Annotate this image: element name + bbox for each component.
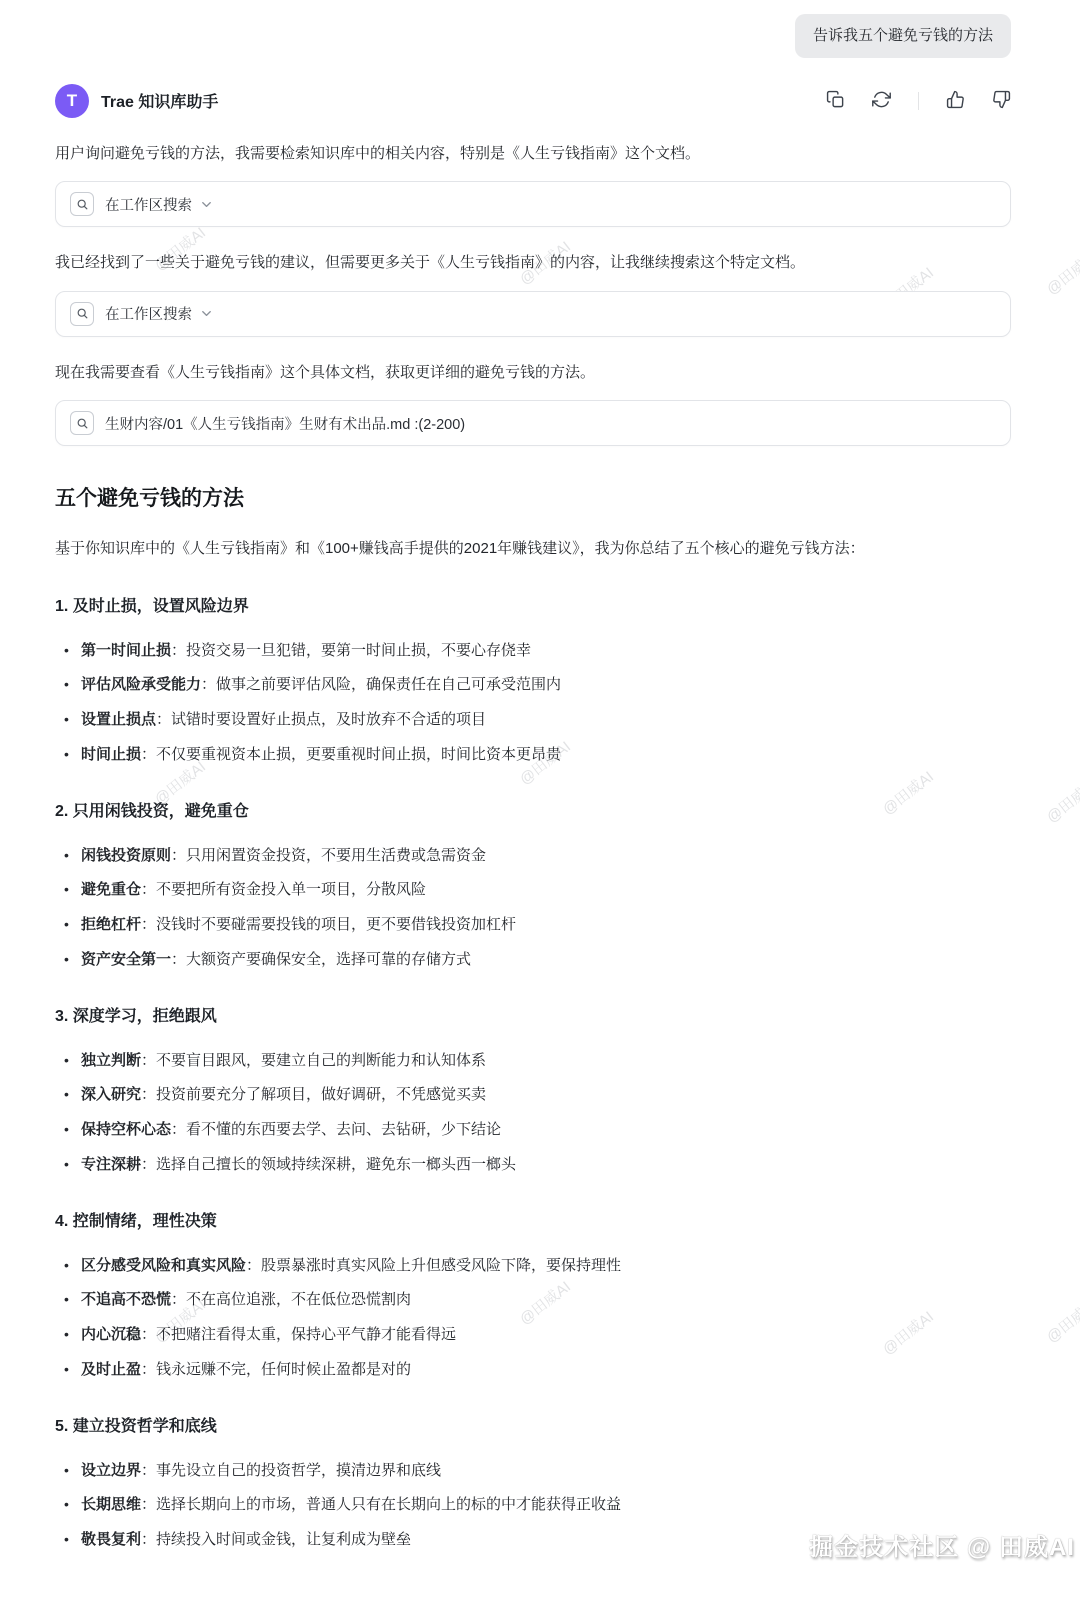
tool-call-box[interactable]: 在工作区搜索 — [55, 291, 1011, 337]
copy-icon — [826, 90, 845, 112]
bullet-separator: ： — [141, 1531, 156, 1548]
bullet-desc: 大额资产要确保安全，选择可靠的存储方式 — [186, 951, 471, 968]
thinking-text: 我已经找到了一些关于避免亏钱的建议，但需要更多关于《人生亏钱指南》的内容，让我继… — [55, 252, 1011, 275]
diagonal-watermark: @田威AI — [1042, 1294, 1080, 1347]
list-item: 长期思维：选择长期向上的市场，普通人只有在长期向上的标的中才能获得正收益 — [63, 1494, 1011, 1516]
assistant-header: T Trae 知识库助手 — [55, 84, 1011, 118]
bullet-desc: 投资交易一旦犯错，要第一时间止损，不要心存侥幸 — [186, 642, 531, 659]
bullet-separator: ： — [171, 642, 186, 659]
answer-section: 3. 深度学习，拒绝跟风 独立判断：不要盲目跟风，要建立自己的判断能力和认知体系… — [55, 1003, 1011, 1176]
bullet-desc: 只用闲置资金投资，不要用生活费或急需资金 — [186, 847, 486, 864]
bullet-desc: 看不懂的东西要去学、去问、去钻研，少下结论 — [186, 1121, 501, 1138]
tool-label: 在工作区搜索 — [105, 194, 192, 215]
bullet-desc: 事先设立自己的投资哲学，摸清边界和底线 — [156, 1462, 441, 1479]
bullet-desc: 选择自己擅长的领域持续深耕，避免东一榔头西一榔头 — [156, 1156, 516, 1173]
bullet-separator: ： — [141, 1086, 156, 1103]
list-item: 区分感受风险和真实风险：股票暴涨时真实风险上升但感受风险下降，要保持理性 — [63, 1255, 1011, 1277]
bullet-term: 资产安全第一 — [81, 951, 171, 968]
bullet-term: 区分感受风险和真实风险 — [81, 1257, 246, 1274]
bullet-desc: 钱永远赚不完，任何时候止盈都是对的 — [156, 1361, 411, 1378]
answer-title: 五个避免亏钱的方法 — [55, 482, 1011, 512]
section-list: 区分感受风险和真实风险：股票暴涨时真实风险上升但感受风险下降，要保持理性 不追高… — [55, 1255, 1011, 1381]
bullet-separator: ： — [141, 1496, 156, 1513]
list-item: 拒绝杠杆：没钱时不要碰需要投钱的项目，更不要借钱投资加杠杆 — [63, 914, 1011, 936]
list-item: 专注深耕：选择自己擅长的领域持续深耕，避免东一榔头西一榔头 — [63, 1154, 1011, 1176]
bullet-separator: ： — [141, 881, 156, 898]
bullet-term: 设立边界 — [81, 1462, 141, 1479]
bullet-term: 长期思维 — [81, 1496, 141, 1513]
list-item: 独立判断：不要盲目跟风，要建立自己的判断能力和认知体系 — [63, 1050, 1011, 1072]
tool-label: 生财内容/01《人生亏钱指南》生财有术出品.md :(2-200) — [105, 413, 465, 434]
list-item: 敬畏复利：持续投入时间或金钱，让复利成为壁垒 — [63, 1529, 1011, 1551]
bullet-desc: 做事之前要评估风险，确保责任在自己可承受范围内 — [216, 676, 561, 693]
bullet-desc: 不要把所有资金投入单一项目，分散风险 — [156, 881, 426, 898]
regenerate-button[interactable] — [872, 90, 891, 112]
bullet-term: 不追高不恐慌 — [81, 1291, 171, 1308]
bullet-separator: ： — [141, 1156, 156, 1173]
bullet-desc: 选择长期向上的市场，普通人只有在长期向上的标的中才能获得正收益 — [156, 1496, 621, 1513]
bullet-separator: ： — [141, 746, 156, 763]
bullet-desc: 不在高位追涨，不在低位恐慌割肉 — [186, 1291, 411, 1308]
chevron-down-icon — [199, 306, 214, 321]
section-heading: 2. 只用闲钱投资，避免重仓 — [55, 798, 1011, 821]
toolbar-divider — [918, 92, 919, 110]
tool-call-box[interactable]: 生财内容/01《人生亏钱指南》生财有术出品.md :(2-200) — [55, 400, 1011, 446]
bullet-desc: 投资前要充分了解项目，做好调研，不凭感觉买卖 — [156, 1086, 486, 1103]
bullet-separator: ： — [201, 676, 216, 693]
bullet-term: 独立判断 — [81, 1052, 141, 1069]
section-list: 设立边界：事先设立自己的投资哲学，摸清边界和底线 长期思维：选择长期向上的市场，… — [55, 1460, 1011, 1551]
diagonal-watermark: @田威AI — [1042, 774, 1080, 827]
search-icon — [70, 192, 94, 216]
bullet-desc: 不把赌注看得太重，保持心平气静才能看得远 — [156, 1326, 456, 1343]
bullet-desc: 股票暴涨时真实风险上升但感受风险下降，要保持理性 — [261, 1257, 621, 1274]
bullet-separator: ： — [141, 916, 156, 933]
message-toolbar — [826, 90, 1011, 112]
section-heading: 4. 控制情绪，理性决策 — [55, 1208, 1011, 1231]
section-heading: 5. 建立投资哲学和底线 — [55, 1413, 1011, 1436]
thinking-text: 用户询问避免亏钱的方法，我需要检索知识库中的相关内容，特别是《人生亏钱指南》这个… — [55, 143, 1011, 166]
bullet-term: 及时止盈 — [81, 1361, 141, 1378]
thinking-steps: 用户询问避免亏钱的方法，我需要检索知识库中的相关内容，特别是《人生亏钱指南》这个… — [55, 143, 1011, 447]
thinking-step: 我已经找到了一些关于避免亏钱的建议，但需要更多关于《人生亏钱指南》的内容，让我继… — [55, 252, 1011, 337]
bullet-term: 闲钱投资原则 — [81, 847, 171, 864]
bullet-separator: ： — [141, 1462, 156, 1479]
thumbs-down-icon — [992, 90, 1011, 112]
thinking-step: 用户询问避免亏钱的方法，我需要检索知识库中的相关内容，特别是《人生亏钱指南》这个… — [55, 143, 1011, 228]
section-heading: 1. 及时止损，设置风险边界 — [55, 593, 1011, 616]
bullet-term: 设置止损点 — [81, 711, 156, 728]
refresh-icon — [872, 90, 891, 112]
list-item: 及时止盈：钱永远赚不完，任何时候止盈都是对的 — [63, 1359, 1011, 1381]
bullet-separator: ： — [246, 1257, 261, 1274]
bullet-term: 专注深耕 — [81, 1156, 141, 1173]
answer-body: 五个避免亏钱的方法 基于你知识库中的《人生亏钱指南》和《100+赚钱高手提供的2… — [55, 482, 1011, 1551]
bullet-term: 拒绝杠杆 — [81, 916, 141, 933]
bullet-term: 敬畏复利 — [81, 1531, 141, 1548]
assistant-name: Trae 知识库助手 — [101, 89, 218, 112]
bullet-separator: ： — [141, 1326, 156, 1343]
list-item: 不追高不恐慌：不在高位追涨，不在低位恐慌割肉 — [63, 1289, 1011, 1311]
assistant-avatar: T — [55, 84, 89, 118]
bullet-desc: 不要盲目跟风，要建立自己的判断能力和认知体系 — [156, 1052, 486, 1069]
answer-section: 4. 控制情绪，理性决策 区分感受风险和真实风险：股票暴涨时真实风险上升但感受风… — [55, 1208, 1011, 1381]
bullet-separator: ： — [171, 1291, 186, 1308]
chevron-down-icon — [199, 197, 214, 212]
list-item: 避免重仓：不要把所有资金投入单一项目，分散风险 — [63, 879, 1011, 901]
answer-section: 2. 只用闲钱投资，避免重仓 闲钱投资原则：只用闲置资金投资，不要用生活费或急需… — [55, 798, 1011, 971]
section-list: 独立判断：不要盲目跟风，要建立自己的判断能力和认知体系 深入研究：投资前要充分了… — [55, 1050, 1011, 1176]
thumbs-up-icon — [946, 90, 965, 112]
copy-button[interactable] — [826, 90, 845, 112]
list-item: 评估风险承受能力：做事之前要评估风险，确保责任在自己可承受范围内 — [63, 674, 1011, 696]
answer-section: 1. 及时止损，设置风险边界 第一时间止损：投资交易一旦犯错，要第一时间止损，不… — [55, 593, 1011, 766]
section-list: 闲钱投资原则：只用闲置资金投资，不要用生活费或急需资金 避免重仓：不要把所有资金… — [55, 845, 1011, 971]
user-message-row: 告诉我五个避免亏钱的方法 — [55, 0, 1011, 58]
bullet-term: 保持空杯心态 — [81, 1121, 171, 1138]
section-heading: 3. 深度学习，拒绝跟风 — [55, 1003, 1011, 1026]
list-item: 第一时间止损：投资交易一旦犯错，要第一时间止损，不要心存侥幸 — [63, 640, 1011, 662]
answer-sections: 1. 及时止损，设置风险边界 第一时间止损：投资交易一旦犯错，要第一时间止损，不… — [55, 593, 1011, 1551]
thumbs-up-button[interactable] — [946, 90, 965, 112]
bullet-separator: ： — [171, 1121, 186, 1138]
chat-page: @田威AI@田威AI@田威AI@田威AI@田威AI@田威AI@田威AI@田威AI… — [0, 0, 1080, 1598]
bullet-desc: 没钱时不要碰需要投钱的项目，更不要借钱投资加杠杆 — [156, 916, 516, 933]
search-icon — [70, 411, 94, 435]
tool-call-box[interactable]: 在工作区搜索 — [55, 181, 1011, 227]
bullet-term: 时间止损 — [81, 746, 141, 763]
list-item: 深入研究：投资前要充分了解项目，做好调研，不凭感觉买卖 — [63, 1084, 1011, 1106]
answer-section: 5. 建立投资哲学和底线 设立边界：事先设立自己的投资哲学，摸清边界和底线 长期… — [55, 1413, 1011, 1551]
bullet-desc: 持续投入时间或金钱，让复利成为壁垒 — [156, 1531, 411, 1548]
section-list: 第一时间止损：投资交易一旦犯错，要第一时间止损，不要心存侥幸 评估风险承受能力：… — [55, 640, 1011, 766]
list-item: 内心沉稳：不把赌注看得太重，保持心平气静才能看得远 — [63, 1324, 1011, 1346]
user-message-bubble: 告诉我五个避免亏钱的方法 — [795, 14, 1011, 58]
list-item: 资产安全第一：大额资产要确保安全，选择可靠的存储方式 — [63, 949, 1011, 971]
thinking-step: 现在我需要查看《人生亏钱指南》这个具体文档，获取更详细的避免亏钱的方法。 生财内… — [55, 362, 1011, 447]
bullet-desc: 试错时要设置好止损点，及时放弃不合适的项目 — [171, 711, 486, 728]
list-item: 设立边界：事先设立自己的投资哲学，摸清边界和底线 — [63, 1460, 1011, 1482]
list-item: 保持空杯心态：看不懂的东西要去学、去问、去钻研，少下结论 — [63, 1119, 1011, 1141]
list-item: 时间止损：不仅要重视资本止损，更要重视时间止损，时间比资本更昂贵 — [63, 744, 1011, 766]
bullet-desc: 不仅要重视资本止损，更要重视时间止损，时间比资本更昂贵 — [156, 746, 561, 763]
bullet-term: 评估风险承受能力 — [81, 676, 201, 693]
tool-label: 在工作区搜索 — [105, 303, 192, 324]
search-icon — [70, 302, 94, 326]
bullet-term: 避免重仓 — [81, 881, 141, 898]
bullet-separator: ： — [156, 711, 171, 728]
thinking-text: 现在我需要查看《人生亏钱指南》这个具体文档，获取更详细的避免亏钱的方法。 — [55, 362, 1011, 385]
list-item: 闲钱投资原则：只用闲置资金投资，不要用生活费或急需资金 — [63, 845, 1011, 867]
bullet-term: 第一时间止损 — [81, 642, 171, 659]
diagonal-watermark: @田威AI — [1042, 246, 1080, 299]
bullet-separator: ： — [171, 951, 186, 968]
bullet-separator: ： — [171, 847, 186, 864]
bullet-term: 深入研究 — [81, 1086, 141, 1103]
list-item: 设置止损点：试错时要设置好止损点，及时放弃不合适的项目 — [63, 709, 1011, 731]
thumbs-down-button[interactable] — [992, 90, 1011, 112]
bullet-separator: ： — [141, 1052, 156, 1069]
bullet-separator: ： — [141, 1361, 156, 1378]
bullet-term: 内心沉稳 — [81, 1326, 141, 1343]
answer-intro: 基于你知识库中的《人生亏钱指南》和《100+赚钱高手提供的2021年赚钱建议》，… — [55, 538, 1011, 561]
